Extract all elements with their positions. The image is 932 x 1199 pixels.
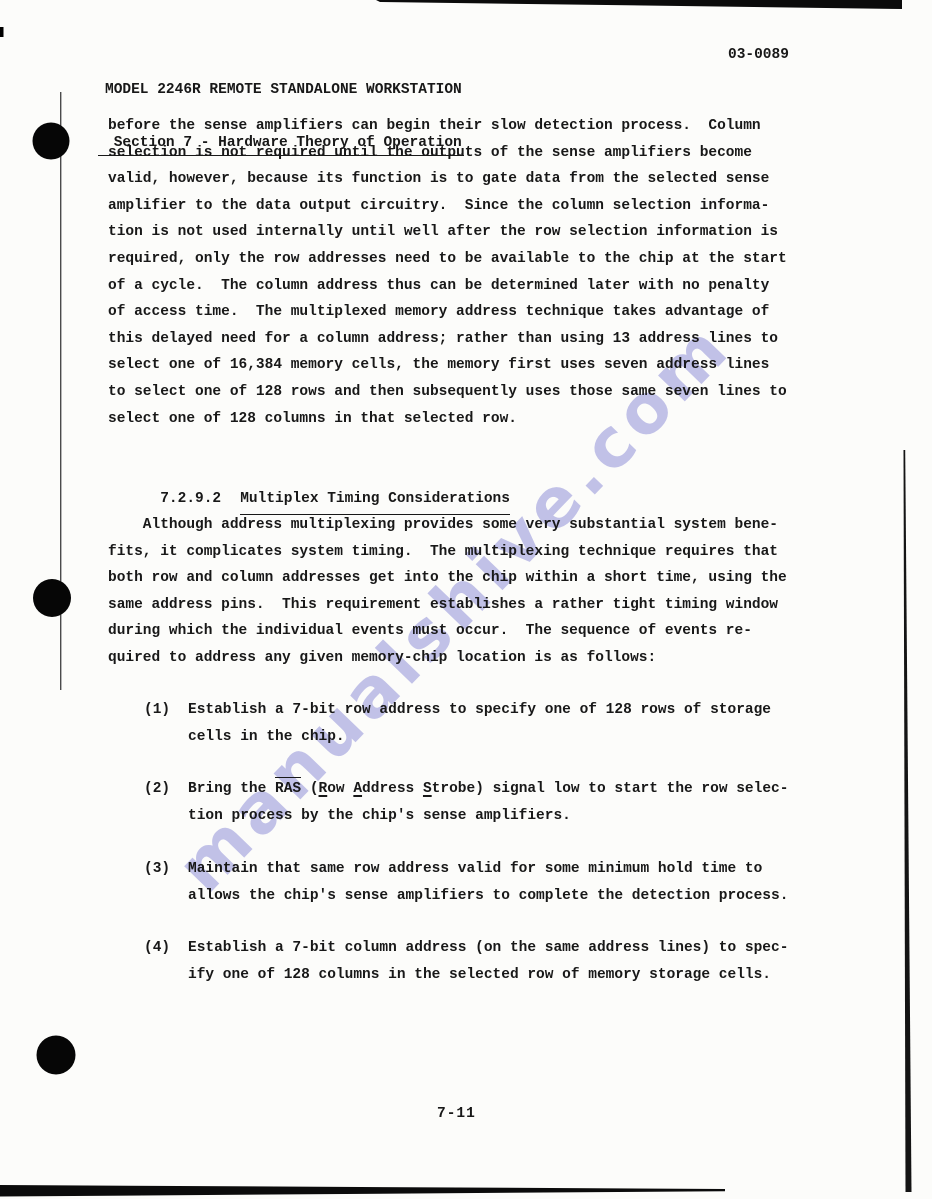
text-line: before the sense amplifiers can begin th… bbox=[108, 113, 787, 140]
text-line: ify one of 128 columns in the selected r… bbox=[144, 962, 788, 989]
text-line: quired to address any given memory-chip … bbox=[108, 645, 787, 672]
text-line: cells in the chip. bbox=[144, 724, 771, 751]
paragraph-2: Although address multiplexing provides s… bbox=[108, 512, 787, 672]
list-item-3: (3)Maintain that same row address valid … bbox=[144, 856, 788, 909]
page-content: MODEL 2246R REMOTE STANDALONE WORKSTATIO… bbox=[0, 0, 932, 1199]
text-line: tion process by the chip's sense amplifi… bbox=[144, 803, 788, 830]
text-line: selection is not required until the outp… bbox=[108, 140, 787, 167]
text-line: Establish a 7-bit column address (on the… bbox=[188, 940, 788, 956]
section-title: Multiplex Timing Considerations bbox=[240, 486, 510, 516]
list-item-1: (1)Establish a 7-bit row address to spec… bbox=[144, 697, 771, 750]
text-line: Establish a 7-bit row address to specify… bbox=[188, 702, 771, 718]
document-page: manualshive.com MODEL 2246R REMOTE STAND… bbox=[0, 0, 932, 1199]
text-line: to select one of 128 rows and then subse… bbox=[108, 379, 787, 406]
text-line: same address pins. This requirement esta… bbox=[108, 592, 787, 619]
text-line: select one of 128 columns in that select… bbox=[108, 406, 787, 433]
item-number: (4) bbox=[144, 935, 188, 962]
item-number: (3) bbox=[144, 856, 188, 883]
page-number: 7-11 bbox=[437, 1101, 476, 1128]
paragraph-1: before the sense amplifiers can begin th… bbox=[108, 113, 787, 432]
item-number: (2) bbox=[144, 776, 188, 803]
text-line: Although address multiplexing provides s… bbox=[108, 512, 787, 539]
text-line: required, only the row addresses need to… bbox=[108, 246, 787, 273]
item-number: (1) bbox=[144, 697, 188, 724]
section-number: 7.2.9.2 bbox=[160, 486, 240, 513]
header-title: MODEL 2246R REMOTE STANDALONE WORKSTATIO… bbox=[105, 82, 464, 100]
text-line: amplifier to the data output circuitry. … bbox=[108, 193, 787, 220]
ras-overline: RAS bbox=[275, 777, 301, 800]
text-line: allows the chip's sense amplifiers to co… bbox=[144, 883, 788, 910]
text-line: this delayed need for a column address; … bbox=[108, 326, 787, 353]
section-heading: 7.2.9.2Multiplex Timing Considerations bbox=[108, 459, 510, 486]
text-line: select one of 16,384 memory cells, the m… bbox=[108, 352, 787, 379]
text-line: fits, it complicates system timing. The … bbox=[108, 539, 787, 566]
text-line: during which the individual events must … bbox=[108, 618, 787, 645]
text-line: tion is not used internally until well a… bbox=[108, 219, 787, 246]
text-line: of a cycle. The column address thus can … bbox=[108, 273, 787, 300]
text-line: Maintain that same row address valid for… bbox=[188, 861, 762, 877]
text-line: valid, however, because its function is … bbox=[108, 166, 787, 193]
text-line: Bring the RAS (Row Address Strobe) signa… bbox=[188, 781, 788, 797]
doc-number: 03-0089 bbox=[728, 47, 789, 65]
text-line: of access time. The multiplexed memory a… bbox=[108, 299, 787, 326]
list-item-2: (2)Bring the RAS (Row Address Strobe) si… bbox=[144, 776, 788, 829]
text-line: both row and column addresses get into t… bbox=[108, 565, 787, 592]
list-item-4: (4)Establish a 7-bit column address (on … bbox=[144, 935, 788, 988]
